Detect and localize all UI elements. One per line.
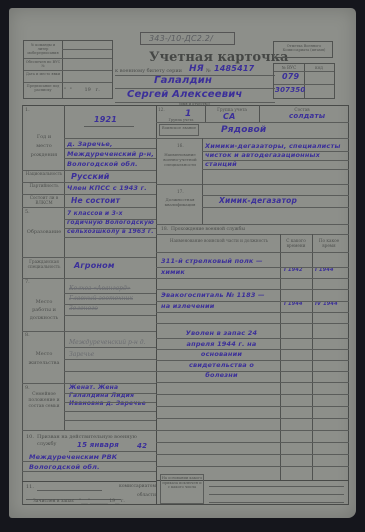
service-history-title: Прохождение военной службы bbox=[171, 227, 245, 232]
vus-code: 307350 bbox=[275, 86, 305, 94]
nationality: Русский bbox=[71, 172, 110, 181]
vus-box: № ВУС код 079 307350 bbox=[273, 63, 335, 99]
composition: солдаты bbox=[289, 112, 325, 120]
conscription-year: 42 bbox=[137, 442, 147, 450]
accounting-group: СА bbox=[223, 112, 235, 121]
birth-place: д. Заречье, Междуреченский р-н, Вологодс… bbox=[67, 139, 155, 169]
conscription-date: 15 января bbox=[77, 441, 119, 449]
mobilization-box: № команды и литер мобпредписания Обеспеч… bbox=[23, 40, 113, 99]
vus-number: 079 bbox=[282, 72, 299, 81]
party-membership: Член КПСС с 1943 г. bbox=[67, 184, 147, 192]
commissariat-stamp-box: Отметка Военного Комиссариата (штамп) bbox=[273, 41, 333, 58]
archive-stamp: 343-/10-ДС2.2/ bbox=[140, 32, 235, 45]
registration-card: 343-/10-ДС2.2/ Учетная карточка к военно… bbox=[9, 8, 356, 518]
series: НЯ bbox=[189, 64, 204, 74]
card-title: Учетная карточка bbox=[149, 50, 288, 65]
komsomol-membership: Не состоит bbox=[71, 196, 120, 205]
name-patronymic: Сергей Алексеевич bbox=[127, 89, 243, 100]
residence: Междуреченский р-н д. Заречье bbox=[69, 337, 155, 361]
subtitle: к военному билету серии bbox=[115, 68, 182, 74]
family-status: Женат. Жена Галалдина Лидия Ивановна д. … bbox=[69, 384, 155, 408]
civil-specialty: Агроном bbox=[74, 261, 115, 270]
workplace: Колхоз «Авангард» Главный зоотехник Зеле… bbox=[69, 284, 155, 314]
ticket-number: 1485417 bbox=[214, 64, 254, 73]
position-qualification: Химик-дегазатор bbox=[219, 196, 297, 205]
military-specialty: Химики-дегазаторы, специалисты чисток и … bbox=[205, 142, 345, 169]
education: 7 классов и 3-х годичную Вологодскую сел… bbox=[67, 209, 155, 236]
birth-year: 1921 bbox=[94, 115, 117, 124]
military-rank: Рядовой bbox=[221, 125, 266, 135]
group-1: 1 bbox=[185, 109, 191, 119]
surname: Галалдин bbox=[154, 75, 212, 86]
conscription-office: Междуреченским РВК Вологодской обл. bbox=[29, 452, 149, 472]
